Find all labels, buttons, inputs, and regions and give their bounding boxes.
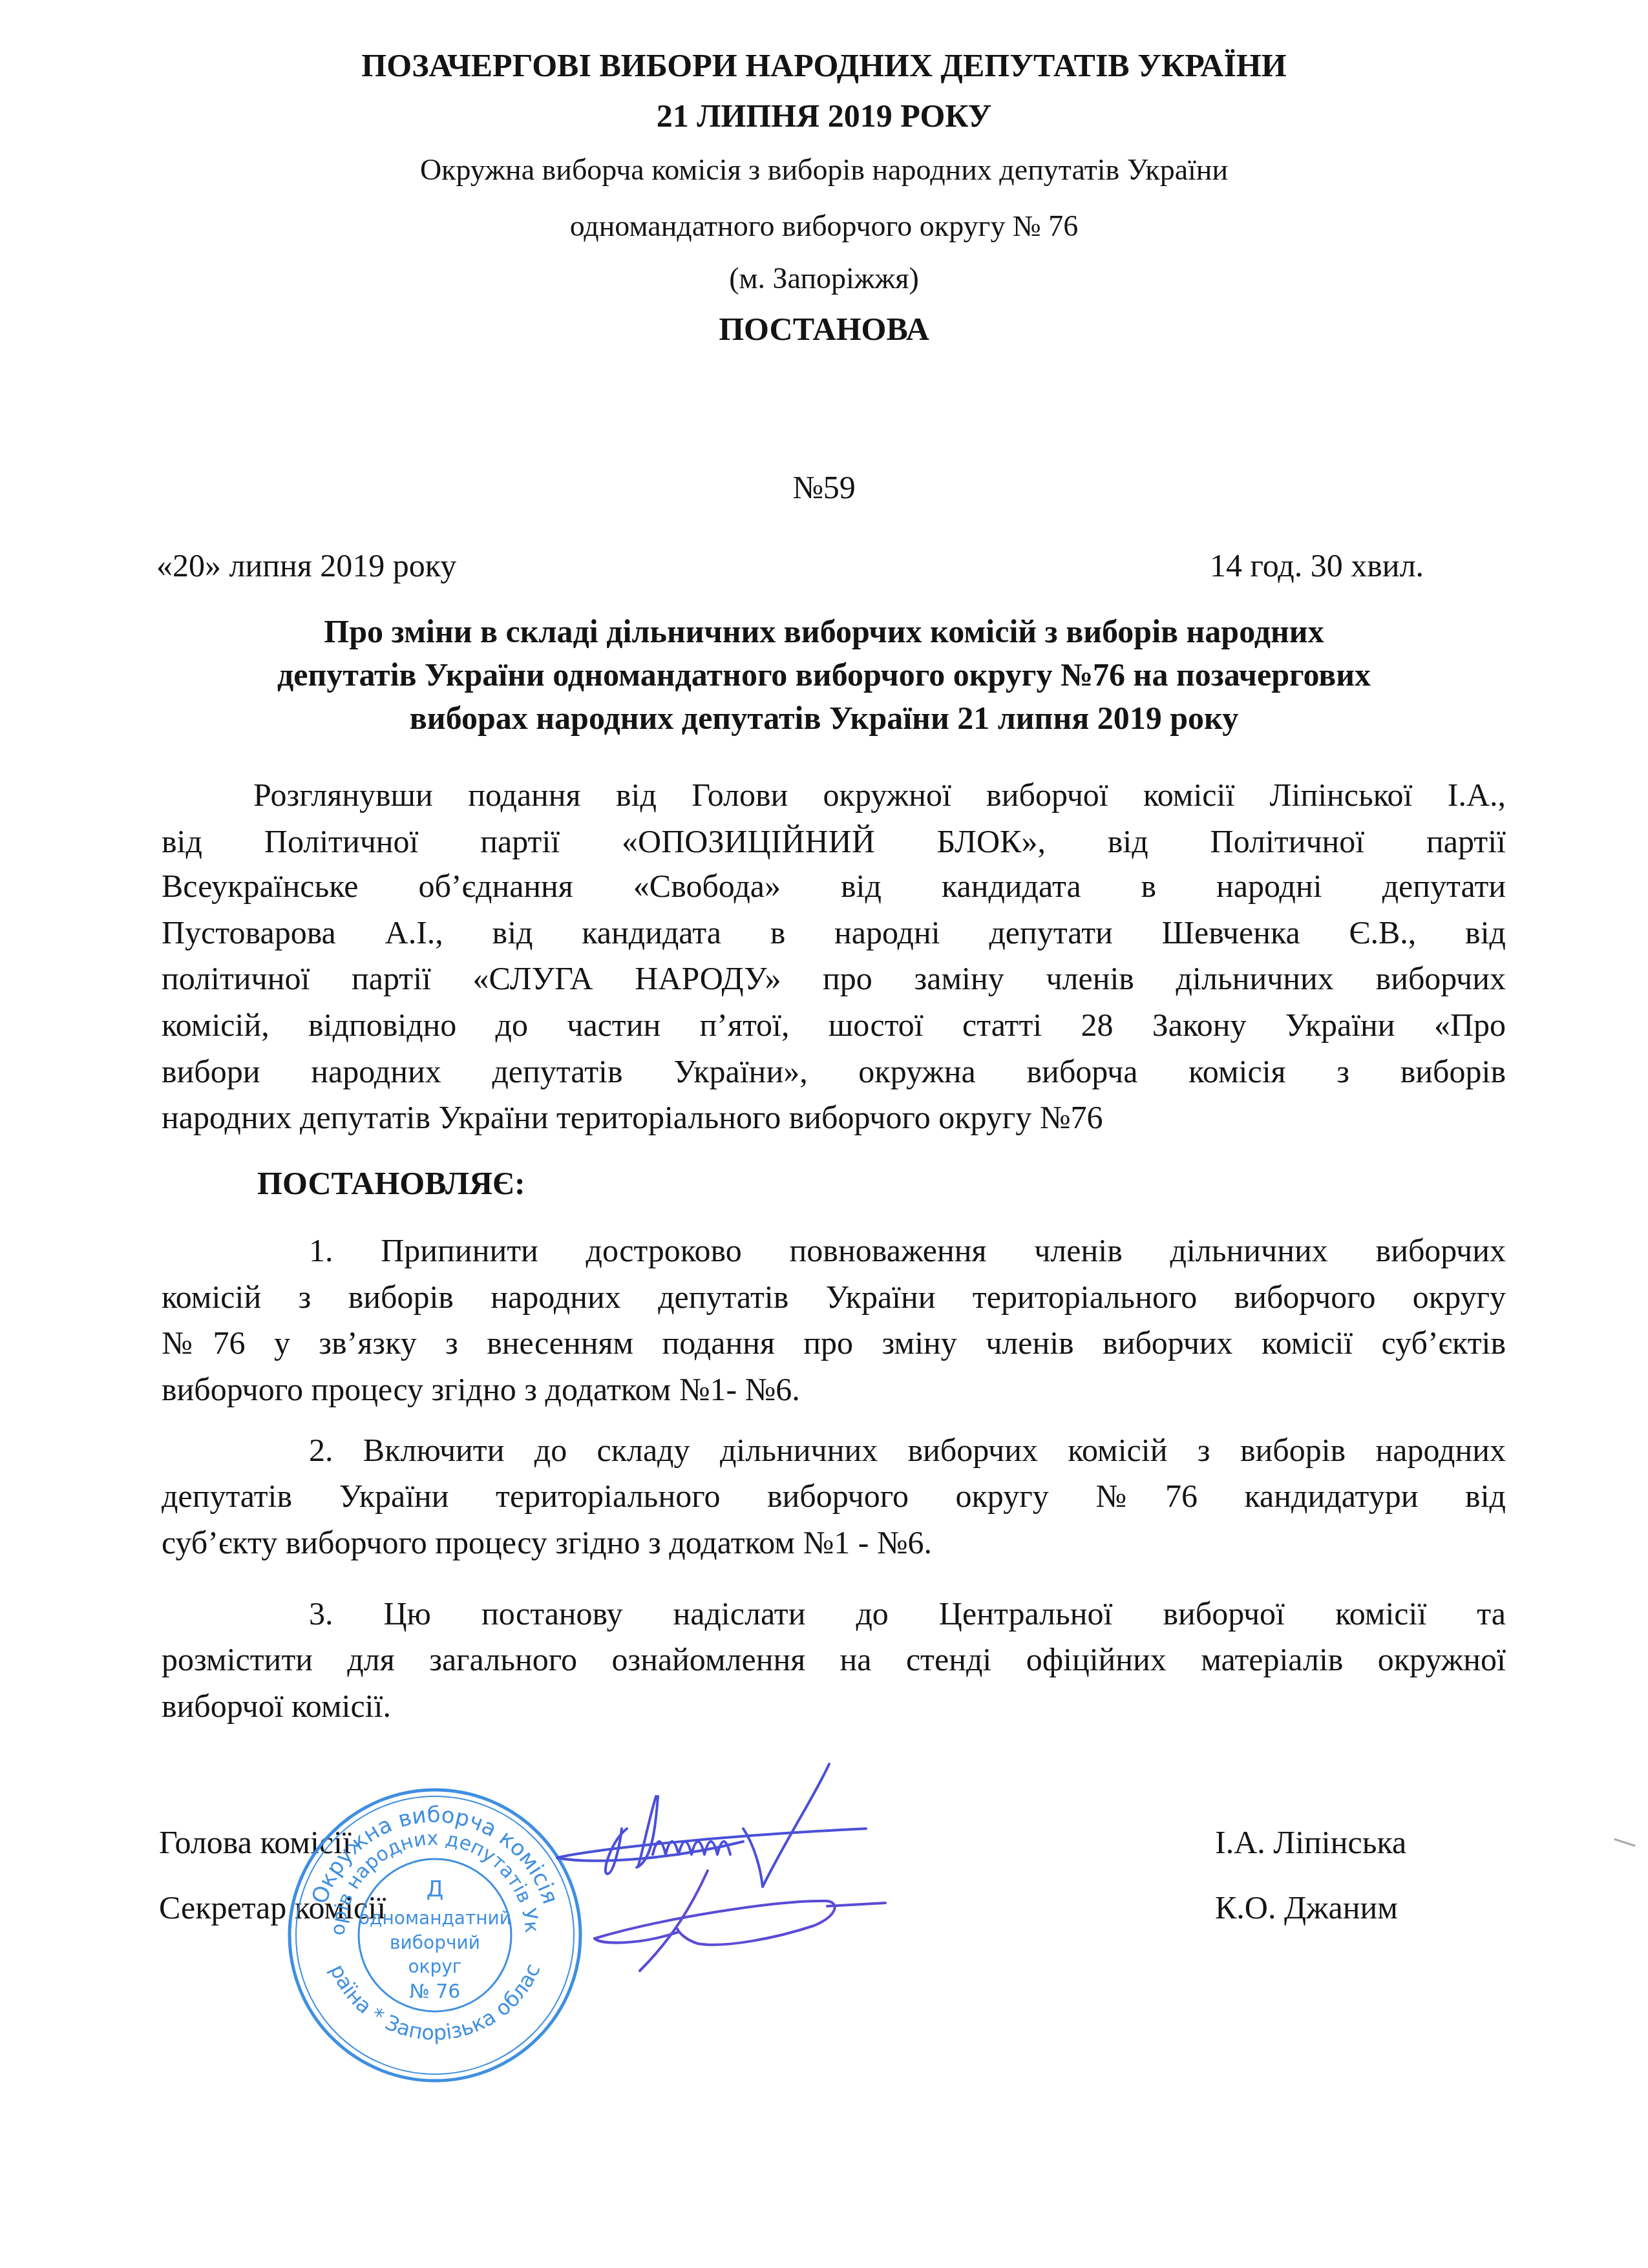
document-number: №59 [0,468,1648,506]
document-time: 14 год. 30 хвил. [1210,547,1424,584]
item-line: 1. Припинити достроково повноваження чле… [309,1231,1506,1270]
commission-name-line1: Окружна виборча комісія з виборів народн… [0,152,1648,187]
election-date: 21 ЛИПНЯ 2019 РОКУ [0,97,1648,134]
svg-text:Д: Д [427,1876,444,1902]
subject-line: Про зміни в складі дільничних виборчих к… [0,613,1648,650]
preamble-line: народних депутатів України територіально… [162,1098,1506,1137]
item-line: 3. Цю постанову надіслати до Центральної… [309,1594,1506,1633]
item-line: суб’єкту виборчого процесу згідно з дода… [162,1523,1506,1562]
item-line: №76 у зв’язку з внесенням подання про зм… [162,1323,1506,1362]
document-date: «20» липня 2019 року [156,547,456,584]
svg-text:одномандатний: одномандатний [359,1907,511,1929]
chair-name: І.А. Ліпінська [1215,1823,1406,1861]
subject-line: виборах народних депутатів України 21 ли… [0,699,1648,737]
svg-text:виборчий: виборчий [390,1932,480,1953]
preamble-line: комісій, відповідно до частин п’ятої, шо… [162,1005,1506,1044]
preamble-line: Розглянувши подання від Голови окружної … [253,775,1506,814]
subject-line: депутатів України одномандатного виборчо… [0,656,1648,693]
item-line: виборчого процесу згідно з додатком №1- … [162,1370,1506,1409]
scan-artifact [1614,1838,1635,1847]
resolves-label: ПОСТАНОВЛЯЄ: [257,1164,525,1202]
commission-name-line2: одномандатного виборчого округу № 76 [0,209,1648,243]
city: (м. Запоріжжя) [0,261,1648,295]
item-line: депутатів України територіального виборч… [162,1476,1506,1515]
preamble-line: від Політичної партії «ОПОЗИЦІЙНИЙ БЛОК»… [162,822,1506,861]
item-line: 2. Включити до складу дільничних виборчи… [309,1431,1506,1469]
svg-text:округ: округ [408,1956,461,1977]
secretary-signature-icon [582,1867,892,1977]
item-line: виборчої комісії. [162,1686,1506,1725]
item-line: комісій з виборів народних депутатів Укр… [162,1277,1506,1316]
official-stamp-icon: Окружна виборча комісія з виборів народн… [283,1783,587,2087]
document-type: ПОСТАНОВА [0,310,1648,348]
preamble-line: Пустоварова А.І., від кандидата в народн… [162,913,1506,952]
preamble-line: політичної партії «СЛУГА НАРОДУ» про зам… [162,959,1506,998]
preamble-line: вибори народних депутатів України», окру… [162,1052,1506,1091]
item-line: розмістити для загального ознайомлення н… [162,1640,1506,1679]
secretary-name: К.О. Джаним [1215,1889,1398,1926]
election-title: ПОЗАЧЕРГОВІ ВИБОРИ НАРОДНИХ ДЕПУТАТІВ УК… [0,47,1648,84]
svg-text:№ 76: № 76 [410,1980,461,2003]
preamble-line: Всеукраїнське об’єднання «Свобода» від к… [162,866,1506,905]
